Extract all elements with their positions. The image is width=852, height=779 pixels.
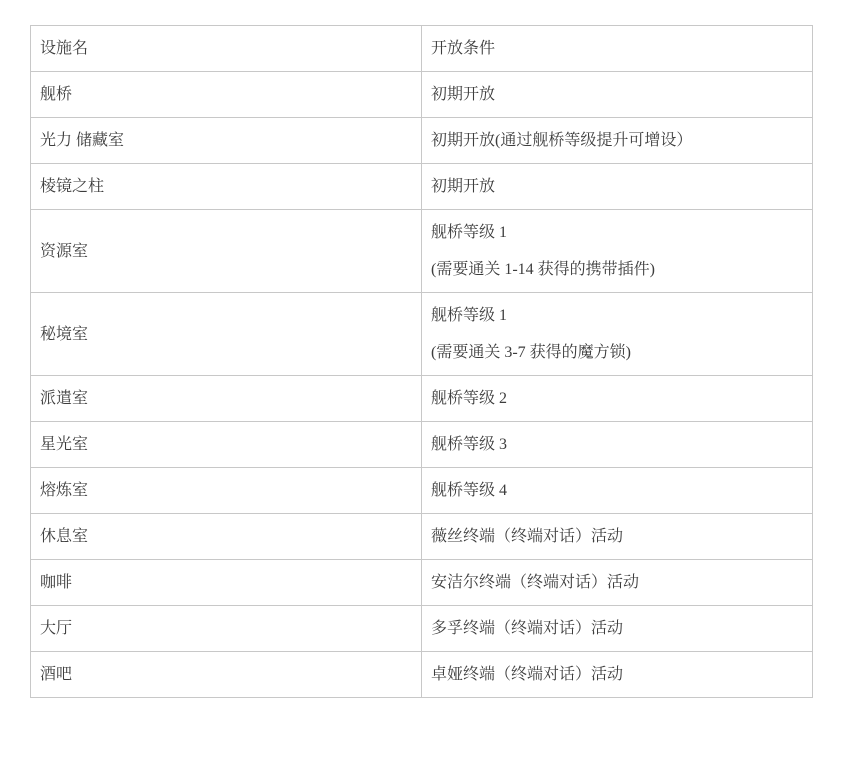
condition-cell: 初期开放: [422, 164, 813, 210]
condition-line: 舰桥等级 4: [431, 480, 803, 501]
table-row: 星光室舰桥等级 3: [31, 422, 813, 468]
condition-cell: 初期开放(通过舰桥等级提升可增设）: [422, 118, 813, 164]
condition-cell: 舰桥等级 2: [422, 376, 813, 422]
condition-cell: 舰桥等级 3: [422, 422, 813, 468]
table-row: 舰桥初期开放: [31, 72, 813, 118]
condition-line: (需要通关 3-7 获得的魔方锁): [431, 342, 803, 363]
table-row: 休息室薇丝终端（终端对话）活动: [31, 514, 813, 560]
condition-cell: 舰桥等级 1(需要通关 1-14 获得的携带插件): [422, 210, 813, 293]
condition-cell: 舰桥等级 4: [422, 468, 813, 514]
table-row: 光力 储藏室初期开放(通过舰桥等级提升可增设）: [31, 118, 813, 164]
facility-cell: 休息室: [31, 514, 422, 560]
table-row: 酒吧卓娅终端（终端对话）活动: [31, 652, 813, 698]
header-open-condition: 开放条件: [422, 26, 813, 72]
condition-cell: 多孚终端（终端对话）活动: [422, 606, 813, 652]
facility-cell: 酒吧: [31, 652, 422, 698]
facility-cell: 秘境室: [31, 293, 422, 376]
condition-cell: 初期开放: [422, 72, 813, 118]
header-facility-name: 设施名: [31, 26, 422, 72]
facility-cell: 光力 储藏室: [31, 118, 422, 164]
table-row: 派遣室舰桥等级 2: [31, 376, 813, 422]
condition-cell: 舰桥等级 1(需要通关 3-7 获得的魔方锁): [422, 293, 813, 376]
facility-cell: 大厅: [31, 606, 422, 652]
condition-line: 舰桥等级 1: [431, 305, 803, 326]
header-row: 设施名 开放条件: [31, 26, 813, 72]
condition-line: 舰桥等级 2: [431, 388, 803, 409]
table-row: 棱镜之柱初期开放: [31, 164, 813, 210]
condition-line: 卓娅终端（终端对话）活动: [431, 664, 803, 685]
facility-table: 设施名 开放条件 舰桥初期开放光力 储藏室初期开放(通过舰桥等级提升可增设）棱镜…: [30, 25, 813, 698]
table-row: 熔炼室舰桥等级 4: [31, 468, 813, 514]
condition-line: 薇丝终端（终端对话）活动: [431, 526, 803, 547]
condition-line: 初期开放: [431, 176, 803, 197]
condition-line: (需要通关 1-14 获得的携带插件): [431, 259, 803, 280]
facility-cell: 星光室: [31, 422, 422, 468]
facility-cell: 派遣室: [31, 376, 422, 422]
table-row: 秘境室舰桥等级 1(需要通关 3-7 获得的魔方锁): [31, 293, 813, 376]
condition-line: 初期开放(通过舰桥等级提升可增设）: [431, 130, 803, 151]
condition-cell: 卓娅终端（终端对话）活动: [422, 652, 813, 698]
facility-cell: 咖啡: [31, 560, 422, 606]
facility-cell: 舰桥: [31, 72, 422, 118]
facility-table-header: 设施名 开放条件: [31, 26, 813, 72]
condition-line: 初期开放: [431, 84, 803, 105]
condition-line: 舰桥等级 1: [431, 222, 803, 243]
table-row: 咖啡安洁尔终端（终端对话）活动: [31, 560, 813, 606]
table-body: 舰桥初期开放光力 储藏室初期开放(通过舰桥等级提升可增设）棱镜之柱初期开放资源室…: [31, 72, 813, 698]
facility-cell: 熔炼室: [31, 468, 422, 514]
facility-cell: 资源室: [31, 210, 422, 293]
facility-cell: 棱镜之柱: [31, 164, 422, 210]
table-row: 大厅多孚终端（终端对话）活动: [31, 606, 813, 652]
condition-line: 舰桥等级 3: [431, 434, 803, 455]
condition-line: 多孚终端（终端对话）活动: [431, 618, 803, 639]
table-row: 资源室舰桥等级 1(需要通关 1-14 获得的携带插件): [31, 210, 813, 293]
condition-cell: 安洁尔终端（终端对话）活动: [422, 560, 813, 606]
condition-cell: 薇丝终端（终端对话）活动: [422, 514, 813, 560]
condition-line: 安洁尔终端（终端对话）活动: [431, 572, 803, 593]
